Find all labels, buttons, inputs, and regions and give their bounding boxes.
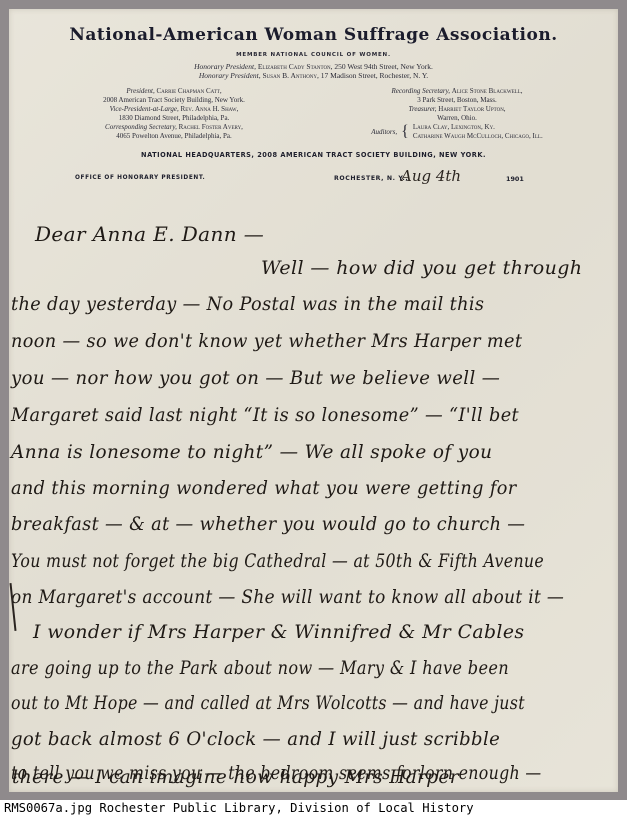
officer-corresponding-secretary: Corresponding Secretary, Rachel Foster A… <box>64 123 284 141</box>
officer-address: 2008 American Tract Society Building, Ne… <box>103 96 245 104</box>
officer-name: Alice Stone Blackwell, <box>452 87 523 95</box>
letter-line: and this morning wondered what you were … <box>11 477 517 499</box>
letter-line: the day yesterday — No Postal was in the… <box>11 293 484 315</box>
officer-name: Rev. Anna H. Shaw, <box>181 105 239 113</box>
officer-name: Carrie Chapman Catt, <box>156 87 221 95</box>
officer-role: President, <box>126 87 154 95</box>
handwritten-date: Aug 4th <box>401 167 461 185</box>
officer-address: Warren, Ohio. <box>437 114 477 122</box>
letter-line: out to Mt Hope — and called at Mrs Wolco… <box>11 692 525 714</box>
honorary-president-2: Honorary President, Susan B. Anthony, 17… <box>9 71 618 80</box>
officer-auditors: Auditors, { Laura Clay, Lexington, Ky. C… <box>327 123 587 141</box>
brace-glyph: { <box>401 125 409 139</box>
officer-role: Honorary President, <box>194 62 256 71</box>
letter-line: Anna is lonesome to night” — We all spok… <box>11 441 492 463</box>
officer-vice-president: Vice-President-at-Large, Rev. Anna H. Sh… <box>64 105 284 123</box>
letter-line: got back almost 6 O'clock — and I will j… <box>11 728 500 750</box>
letter-line: noon — so we don't know yet whether Mrs … <box>11 330 522 352</box>
honorary-president-1: Honorary President, Elizabeth Cady Stant… <box>9 62 618 71</box>
officer-role: Vice-President-at-Large, <box>110 105 179 113</box>
letter-line: I wonder if Mrs Harper & Winnifred & Mr … <box>33 621 524 643</box>
auditor-name: Catharine Waugh McCulloch, Chicago, Ill. <box>413 132 543 140</box>
officer-name: Harriet Taylor Upton, <box>438 105 505 113</box>
letter-line: on Margaret's account — She will want to… <box>11 586 564 608</box>
headquarters-line: NATIONAL HEADQUARTERS, 2008 AMERICAN TRA… <box>9 151 618 159</box>
letter-line: Margaret said last night “It is so lones… <box>11 404 519 426</box>
letter-line: are going up to the Park about now — Mar… <box>11 657 509 679</box>
place-line: ROCHESTER, N. Y., <box>334 175 408 182</box>
officer-name: Elizabeth Cady Stanton, <box>258 62 333 71</box>
letter-line: you — nor how you got on — But we believ… <box>11 367 500 389</box>
officer-role: Corresponding Secretary, <box>105 123 177 131</box>
officer-role: Recording Secretary, <box>391 87 450 95</box>
officer-role: Auditors, <box>371 128 397 137</box>
letter-page: National-American Woman Suffrage Associa… <box>9 9 618 792</box>
letter-line: You must not forget the big Cathedral — … <box>11 550 544 572</box>
officer-address: 3 Park Street, Boston, Mass. <box>417 96 497 104</box>
image-caption: RMS0067a.jpg Rochester Public Library, D… <box>4 801 474 815</box>
officer-address: 250 West 94th Street, New York. <box>334 62 432 71</box>
letter-line: there — I can imagine how happy Mrs Harp… <box>12 766 459 788</box>
officers-left-column: President, Carrie Chapman Catt, 2008 Ame… <box>64 87 284 142</box>
officer-role: Honorary President, <box>199 71 261 80</box>
officer-address: 17 Madison Street, Rochester, N. Y. <box>321 71 428 80</box>
letter-line: Well — how did you get through <box>261 257 582 279</box>
officer-recording-secretary: Recording Secretary, Alice Stone Blackwe… <box>327 87 587 105</box>
letterhead-member-line: MEMBER NATIONAL COUNCIL OF WOMEN. <box>9 52 618 58</box>
salutation: Dear Anna E. Dann — <box>35 222 264 246</box>
auditor-names: Laura Clay, Lexington, Ky. Catharine Wau… <box>413 123 543 141</box>
letterhead-title: National-American Woman Suffrage Associa… <box>9 25 618 45</box>
letter-line: breakfast — & at — whether you would go … <box>11 513 525 535</box>
office-line: OFFICE OF HONORARY PRESIDENT. <box>75 175 205 181</box>
auditor-name: Laura Clay, Lexington, Ky. <box>413 123 495 131</box>
printed-year: 1901 <box>506 175 524 183</box>
officer-name: Susan B. Anthony, <box>263 71 319 80</box>
officer-treasurer: Treasurer, Harriet Taylor Upton, Warren,… <box>327 105 587 123</box>
officer-name: Rachel Foster Avery, <box>179 123 243 131</box>
officer-president: President, Carrie Chapman Catt, 2008 Ame… <box>64 87 284 105</box>
officers-right-column: Recording Secretary, Alice Stone Blackwe… <box>327 87 587 142</box>
officer-address: 1830 Diamond Street, Philadelphia, Pa. <box>119 114 230 122</box>
officer-address: 4065 Powelton Avenue, Philadelphia, Pa. <box>116 132 232 140</box>
officer-role: Treasurer, <box>408 105 436 113</box>
